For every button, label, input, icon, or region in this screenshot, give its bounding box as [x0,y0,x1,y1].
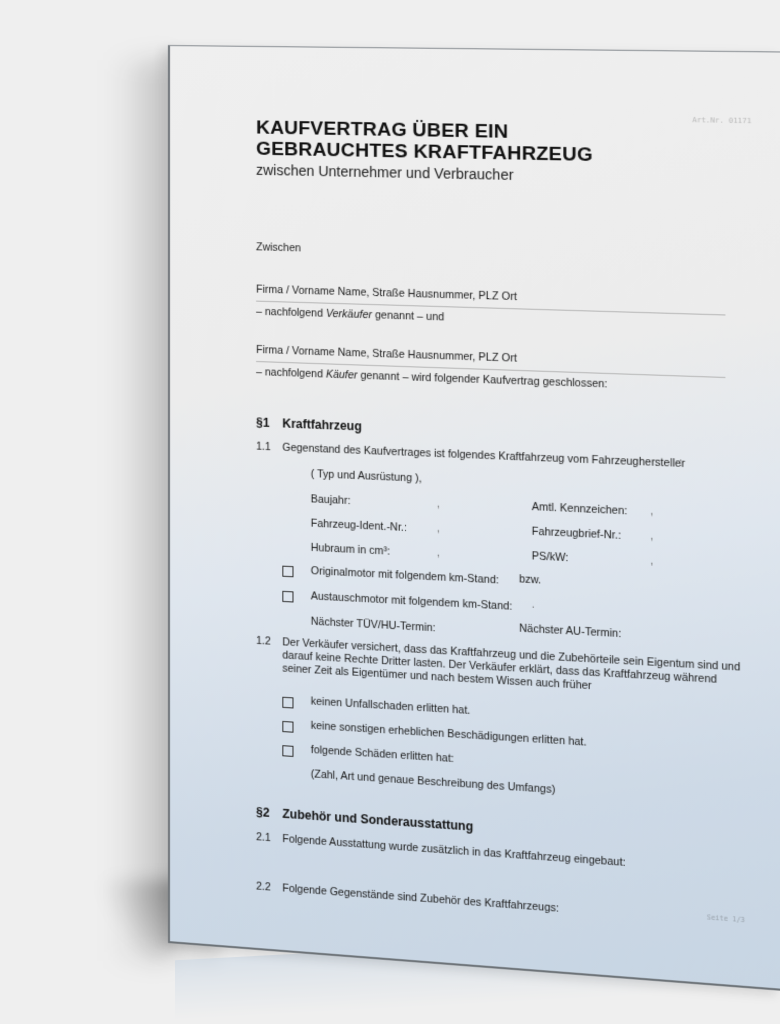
item-2-1-text: Folgende Ausstattung wurde zusätzlich in… [282,833,625,869]
au-label: Nächster AU-Termin: [519,622,621,640]
option-originalmotor: Originalmotor mit folgendem km-Stand: [311,565,499,587]
option-no-damage: keine sonstigen erheblichen Beschädigung… [311,720,587,749]
item-1-2-number: 1.2 [256,635,282,650]
originalmotor-suffix: bzw. [519,573,541,586]
item-2-1: 2.1Folgende Ausstattung wurde zusätzlich… [256,831,626,869]
field-label-hubraum: Hubraum in cm³: [311,542,390,558]
checkbox-no-accident[interactable] [282,697,293,709]
option-austauschmotor: Austauschmotor mit folgendem km-Stand: [311,590,513,613]
manufacturer-field[interactable]: : [679,457,682,469]
austauschmotor-km-field[interactable]: . [532,599,535,610]
field-input-kennzeichen[interactable]: , [650,506,653,518]
seller-address-field[interactable]: Firma / Vorname Name, Straße Hausnummer,… [256,283,517,303]
field-label-kennzeichen: Amtl. Kennzeichen: [532,501,628,518]
seller-role: Verkäufer [326,308,372,322]
document-title: KAUFVERTRAG ÜBER EIN GEBRAUCHTES KRAFTFA… [256,117,593,166]
field-label-fahrzeugbrief: Fahrzeugbrief-Nr.: [532,525,621,541]
field-input-hubraum[interactable]: , [437,548,440,559]
item-1-1: 1.1Gegenstand des Kaufvertrages ist folg… [256,441,685,471]
field-label-ident-nr: Fahrzeug-Ident.-Nr.: [311,517,407,534]
seller-note-suffix: genannt – und [372,309,444,323]
option-damages: folgende Schäden erlitten hat: [311,744,454,765]
field-input-ident-nr[interactable]: , [437,523,440,534]
page-number: Seite 1/3 [707,913,745,924]
item-2-2-text: Folgende Gegenstände sind Zubehör des Kr… [282,882,559,914]
item-1-1-text: Gegenstand des Kaufvertrages ist folgend… [282,442,685,471]
section-2-heading: §2Zubehör und Sonderausstattung [256,805,473,834]
checkbox-originalmotor[interactable] [282,566,293,578]
item-1-1-number: 1.1 [256,441,282,454]
field-label-ps-kw: PS/kW: [532,550,569,564]
option-no-accident: keinen Unfallschaden erlitten hat. [311,695,471,717]
page-shadow [110,59,170,960]
checkbox-damages[interactable] [282,745,293,757]
article-number: Art.Nr. 01171 [692,116,751,125]
field-input-baujahr[interactable]: , [437,499,440,510]
damage-description-field[interactable]: (Zahl, Art und genaue Beschreibung des U… [311,768,556,796]
section-2-title: Zubehör und Sonderausstattung [282,807,473,834]
document-subtitle: zwischen Unternehmer und Verbraucher [256,162,513,183]
field-input-fahrzeugbrief[interactable]: , [650,531,653,543]
buyer-note-prefix: – nachfolgend [256,366,326,381]
section-1-title: Kraftfahrzeug [282,416,361,433]
buyer-role: Käufer [326,368,358,381]
type-equipment-field[interactable]: ( Typ und Ausrüstung ), [311,468,422,485]
item-1-2: 1.2Der Verkäufer versichert, dass das Kr… [256,635,740,702]
item-2-2-number: 2.2 [256,880,282,894]
contract-page: Art.Nr. 01171 KAUFVERTRAG ÜBER EIN GEBRA… [168,45,780,991]
checkbox-austauschmotor[interactable] [282,591,293,603]
document-preview: Art.Nr. 01171 KAUFVERTRAG ÜBER EIN GEBRA… [0,0,780,1024]
tuev-label: Nächster TÜV/HU-Termin: [311,616,436,635]
buyer-role-note: – nachfolgend Käufer genannt – wird folg… [256,366,607,390]
seller-role-note: – nachfolgend Verkäufer genannt – und [256,306,444,324]
section-2-number: §2 [256,805,282,821]
item-2-2: 2.2Folgende Gegenstände sind Zubehör des… [256,880,559,914]
checkbox-no-damage[interactable] [282,721,293,733]
section-1-heading: §1Kraftfahrzeug [256,415,362,433]
section-1-number: §1 [256,415,282,430]
item-2-1-number: 2.1 [256,831,282,845]
field-input-ps-kw[interactable]: , [650,556,653,568]
parties-intro: Zwischen [256,241,301,254]
field-label-baujahr: Baujahr: [311,493,351,507]
seller-note-prefix: – nachfolgend [256,306,326,320]
